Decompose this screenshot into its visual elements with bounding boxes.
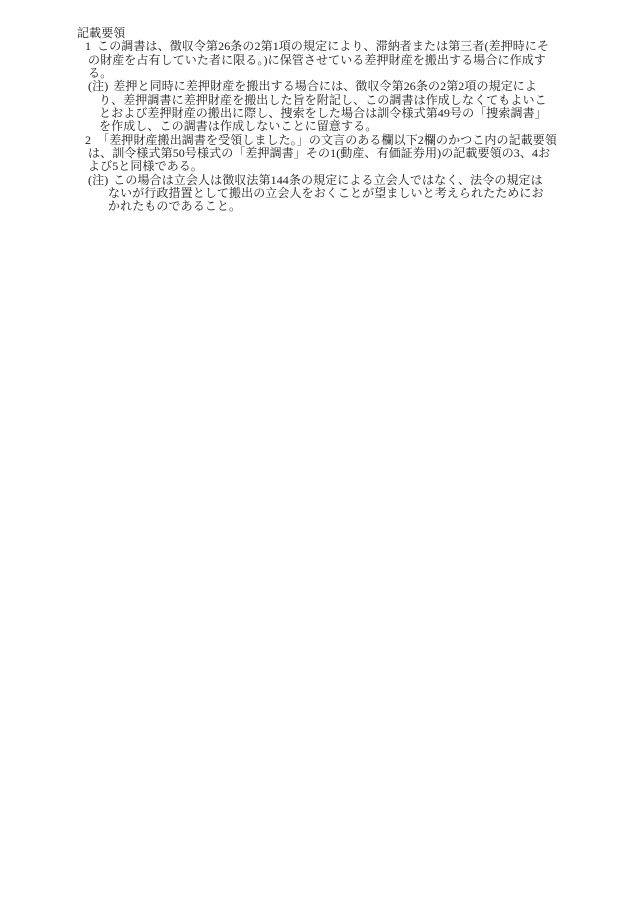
note-1-line-4: を作成し、この調書は作成しないことに留意する。 [99, 120, 630, 133]
note-label: (注) [88, 80, 108, 93]
line-text: の財産を占有していた者に限る。)に保管させている差押財産を搬出する場合に作成す [88, 53, 546, 67]
line-text: 差押と同時に差押財産を搬出する場合には、徴収令第26条の2第2項の規定によ [113, 79, 537, 93]
line-text: かれたものであること。 [108, 199, 241, 213]
line-text: ないが行政措置として搬出の立会人をおくことが望ましいと考えられたためにお [108, 186, 544, 200]
list-item-2-line-3: よび5と同様である。 [88, 160, 630, 173]
line-text: る。 [88, 66, 112, 80]
line-text: この調書は、徴収令第26条の2第1項の規定により、滞納者または第三者(差押時にそ [97, 39, 549, 53]
line-text: は、訓令様式第50号様式の「差押調書」その1(動産、有価証券用)の記載要領の3、… [88, 146, 550, 160]
note-label: (注) [88, 174, 108, 187]
line-text: この場合は立会人は徴収法第144条の規定による立会人ではなく、法令の規定は [113, 173, 542, 187]
guidelines-text-block: 記載要領 1この調書は、徴収令第26条の2第1項の規定により、滞納者または第三者… [0, 27, 630, 214]
note-2-line-3: かれたものであること。 [108, 200, 630, 213]
note-2-line-2: ないが行政措置として搬出の立会人をおくことが望ましいと考えられたためにお [108, 187, 630, 200]
document-page: 記載要領 1この調書は、徴収令第26条の2第1項の規定により、滞納者または第三者… [0, 0, 630, 903]
item-number: 1 [85, 40, 91, 53]
heading-text: 記載要領 [77, 26, 125, 40]
line-text: り、差押調書に差押財産を搬出した旨を附記し、この調書は作成しなくてもよいこ [99, 93, 547, 107]
list-item-1-line-1: 1この調書は、徴収令第26条の2第1項の規定により、滞納者または第三者(差押時に… [85, 40, 630, 53]
line-text: を作成し、この調書は作成しないことに留意する。 [99, 119, 377, 133]
line-text: 「差押財産搬出調書を受領しました。」の文言のある欄以下2欄のかつこ内の記載要領 [97, 133, 557, 147]
line-text: とおよび差押財産の搬出に際し、捜索をした場合は訓令様式第49号の「捜索調書」 [99, 106, 547, 120]
line-text: よび5と同様である。 [88, 159, 203, 173]
list-item-1-line-2: の財産を占有していた者に限る。)に保管させている差押財産を搬出する場合に作成す [88, 54, 630, 67]
note-1-line-1: (注)差押と同時に差押財産を搬出する場合には、徴収令第26条の2第2項の規定によ [88, 80, 630, 93]
